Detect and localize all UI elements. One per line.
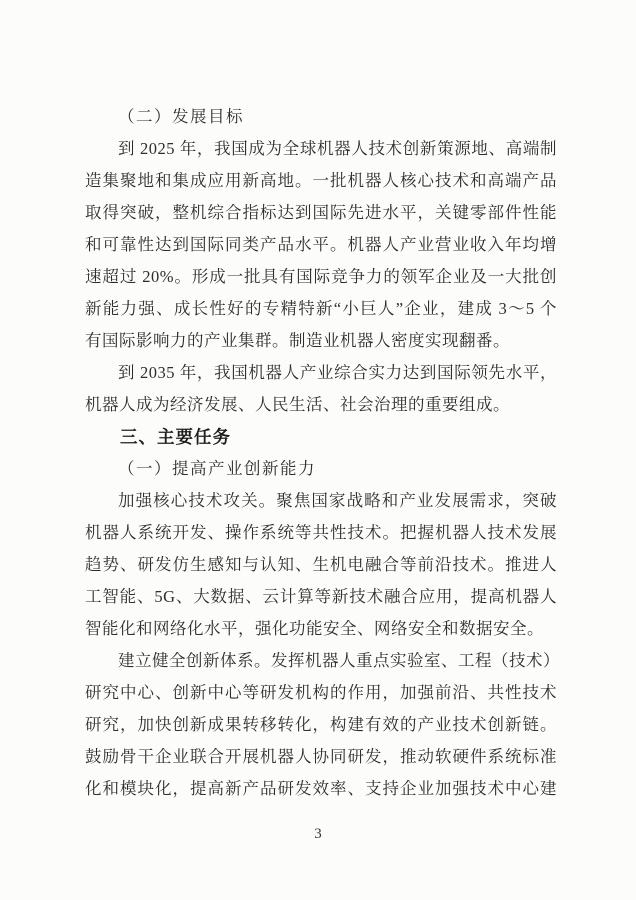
text-line: 化和模块化，提高新产品研发效率、支持企业加强技术中心建	[85, 773, 557, 805]
section-heading-main-tasks: 三、主要任务	[85, 421, 557, 453]
text-line: 建立健全创新体系。发挥机器人重点实验室、工程（技术）	[85, 645, 557, 677]
text-line: 机器人成为经济发展、人民生活、社会治理的重要组成。	[85, 389, 557, 421]
subsection-heading-development-goals: （二）发展目标	[85, 101, 557, 133]
text-line: 到 2035 年，我国机器人产业综合实力达到国际领先水平，	[85, 357, 557, 389]
text-line: 速超过 20%。形成一批具有国际竞争力的领军企业及一大批创	[85, 261, 557, 293]
text-line: 加强核心技术攻关。聚焦国家战略和产业发展需求，突破	[85, 485, 557, 517]
text-line: 和可靠性达到国际同类产品水平。机器人产业营业收入年均增	[85, 229, 557, 261]
text-line: 有国际影响力的产业集群。制造业机器人密度实现翻番。	[85, 325, 557, 357]
text-line: 研究中心、创新中心等研发机构的作用，加强前沿、共性技术	[85, 677, 557, 709]
subsection-heading-innovation-capability: （一）提高产业创新能力	[85, 453, 557, 485]
text-line: 鼓励骨干企业联合开展机器人协同研发，推动软硬件系统标准	[85, 741, 557, 773]
page-number: 3	[0, 826, 636, 843]
text-line: 到 2025 年，我国成为全球机器人技术创新策源地、高端制	[85, 133, 557, 165]
text-line: 趋势、研发仿生感知与认知、生机电融合等前沿技术。推进人	[85, 549, 557, 581]
text-line: 工智能、5G、大数据、云计算等新技术融合应用，提高机器人	[85, 581, 557, 613]
text-line: 机器人系统开发、操作系统等共性技术。把握机器人技术发展	[85, 517, 557, 549]
text-line: 造集聚地和集成应用新高地。一批机器人核心技术和高端产品	[85, 165, 557, 197]
text-line: 智能化和网络化水平，强化功能安全、网络安全和数据安全。	[85, 613, 557, 645]
document-body: （二）发展目标 到 2025 年，我国成为全球机器人技术创新策源地、高端制 造集…	[85, 101, 557, 805]
text-line: 研究，加快创新成果转移转化，构建有效的产业技术创新链。	[85, 709, 557, 741]
text-line: 取得突破，整机综合指标达到国际先进水平，关键零部件性能	[85, 197, 557, 229]
text-line: 新能力强、成长性好的专精特新“小巨人”企业，建成 3～5 个	[85, 293, 557, 325]
document-page: （二）发展目标 到 2025 年，我国成为全球机器人技术创新策源地、高端制 造集…	[0, 0, 636, 900]
